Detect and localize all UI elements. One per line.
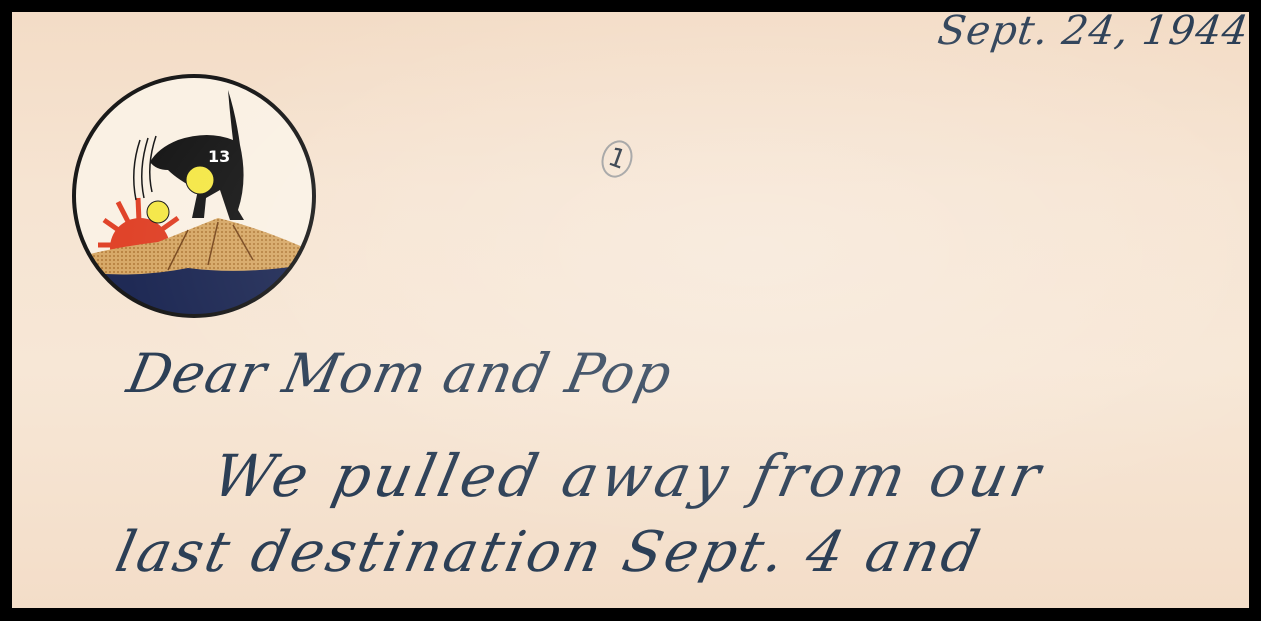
letter-body-line: last destination Sept. 4 and bbox=[110, 520, 988, 585]
svg-text:13: 13 bbox=[208, 147, 230, 166]
letter-paper: Sept. 24, 1944 bbox=[12, 12, 1249, 608]
letter-body-line: We pulled away from our bbox=[207, 442, 1050, 510]
page-number: 1 bbox=[596, 136, 637, 182]
squadron-insignia-icon: 13 bbox=[68, 70, 320, 322]
letter-greeting: Dear Mom and Pop bbox=[122, 342, 678, 405]
letter-date: Sept. 24, 1944 bbox=[935, 12, 1249, 54]
